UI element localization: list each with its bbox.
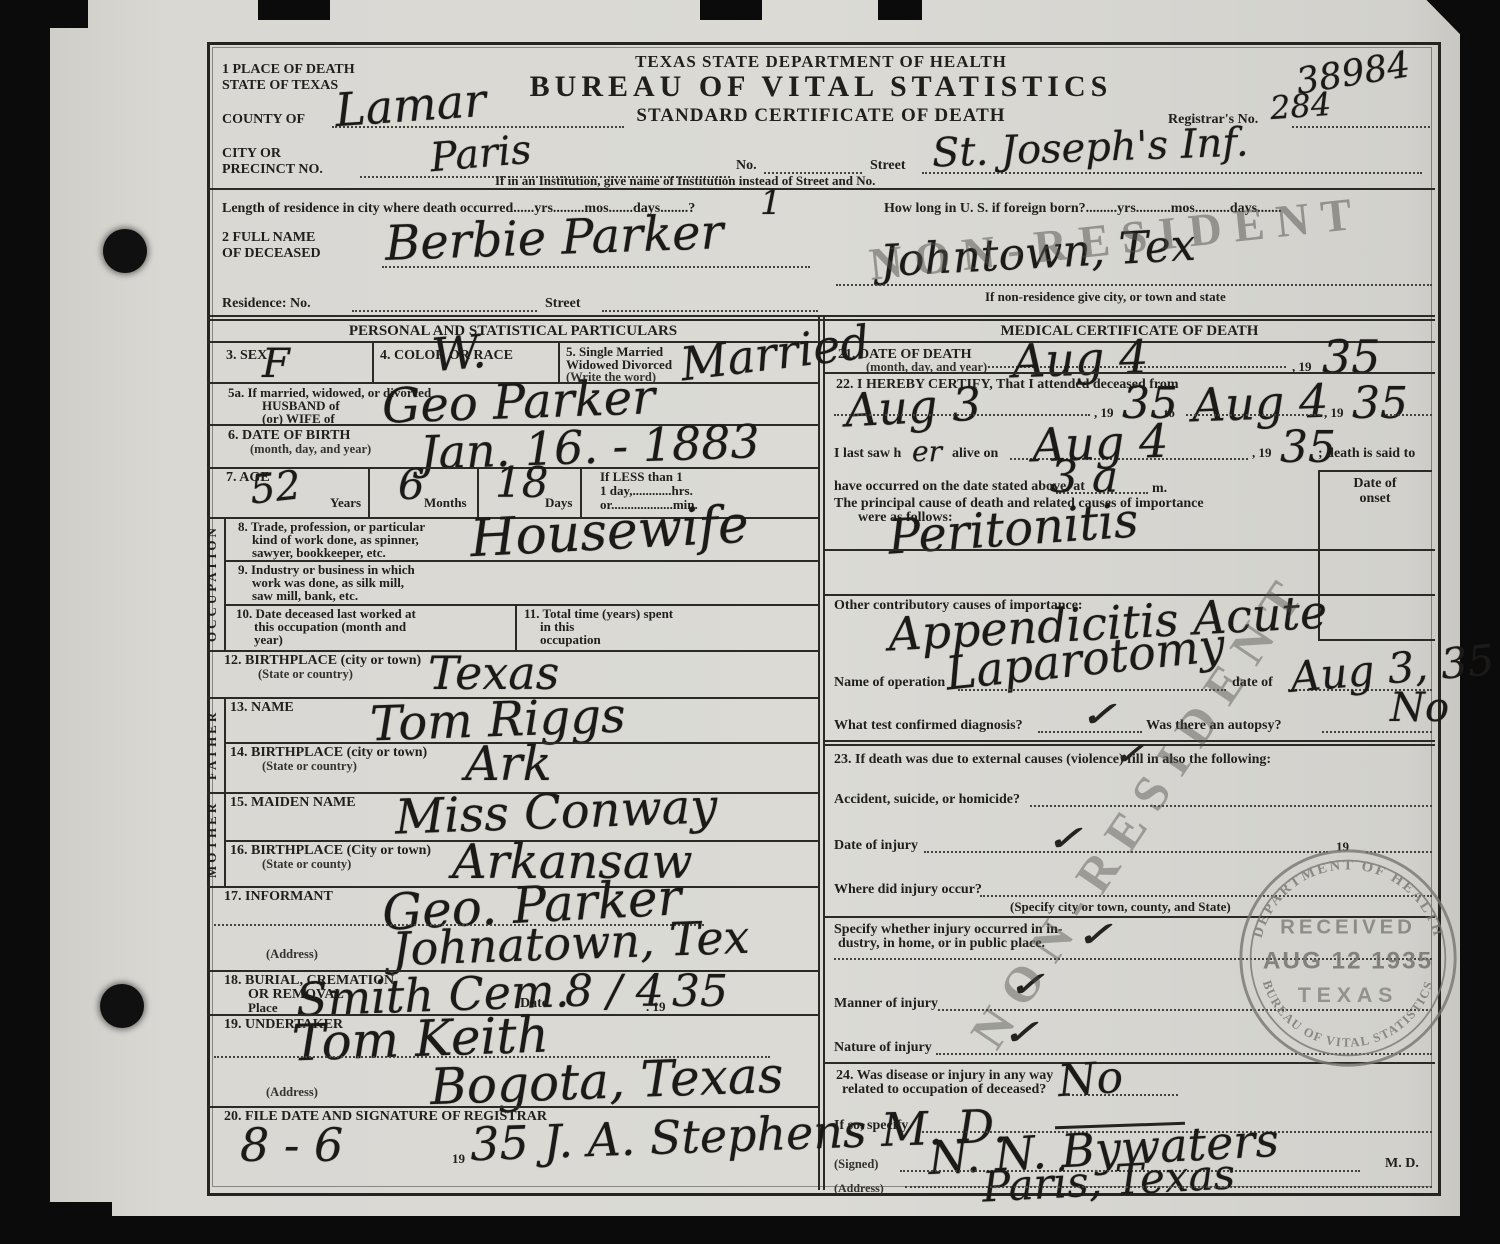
color-race-value: W. — [430, 328, 488, 379]
age-days-value: 18 — [495, 462, 548, 504]
autopsy-leader — [1322, 731, 1432, 733]
rule — [824, 549, 1435, 551]
scanned-death-certificate: TEXAS STATE DEPARTMENT OF HEALTH BUREAU … — [0, 0, 1500, 1244]
if-so-specify-label: If so, specify — [834, 1118, 908, 1133]
sex-value: F — [262, 344, 290, 384]
attended-to-year-prefix: , 19 — [1324, 406, 1344, 420]
full-name-label-line1: 2 FULL NAME — [222, 230, 315, 245]
time-m-label: m. — [1152, 481, 1167, 496]
accident-leader — [1030, 805, 1432, 807]
cell-divider — [515, 604, 517, 650]
mother-box-border — [224, 792, 226, 886]
onset-label-line2: onset — [1318, 491, 1432, 507]
trade-value: Housewife — [469, 499, 750, 566]
occupation-box-border — [224, 517, 226, 650]
age-months-label: Months — [424, 496, 467, 510]
length-mos-value: 1 — [760, 186, 782, 220]
mother-maiden-label: 15. MAIDEN NAME — [230, 795, 356, 810]
injury-date-label: Date of injury — [834, 838, 918, 853]
cell-divider — [368, 467, 370, 517]
registrar-no-leader — [1292, 126, 1430, 128]
attended-to-value: Aug 4 — [1191, 378, 1329, 429]
residence-no-leader — [352, 310, 537, 312]
autopsy-value: No — [1390, 688, 1449, 728]
informant-address-label: (Address) — [266, 948, 318, 962]
age-months-value: 6 — [398, 464, 425, 506]
onset-box-top — [1318, 470, 1432, 472]
scan-edge-right — [1460, 0, 1500, 1244]
scan-mark-top1 — [258, 0, 330, 20]
attended-from-value: Aug 3 — [844, 380, 982, 433]
county-label: COUNTY OF — [222, 112, 305, 127]
full-name-label-line2: OF DECEASED — [222, 246, 321, 261]
burial-year-value: 35 — [672, 970, 728, 1014]
file-year-prefix: 19 — [452, 1152, 465, 1166]
father-sidebar-label: FATHER — [204, 700, 220, 790]
onset-label-line1: Date of — [1318, 476, 1432, 492]
stamp-received-text: RECEIVED — [1280, 916, 1416, 939]
full-name-value: Berbie Parker — [384, 208, 724, 268]
scan-mark-top2 — [700, 0, 762, 20]
punch-hole-top — [103, 229, 147, 273]
occupation-related-label2: related to occupation of deceased? — [842, 1082, 1046, 1097]
city-label-line1: CITY OR — [222, 146, 281, 161]
received-stamp: DEPARTMENT OF HEALTH BUREAU OF VITAL STA… — [1236, 846, 1460, 1070]
trade-label-line3: sawyer, bookkeeper, etc. — [252, 546, 386, 560]
test-confirmed-label: What test confirmed diagnosis? — [834, 718, 1023, 733]
attended-from-leader — [834, 414, 1090, 416]
last-saw-scrawl: er — [912, 438, 942, 466]
undertaker-address-value: Bogota, Texas — [429, 1050, 784, 1112]
scan-mark-topleft — [0, 0, 88, 28]
place-of-death-label: 1 PLACE OF DEATH — [222, 62, 355, 77]
scan-edge-left — [0, 0, 50, 1244]
last-saw-label2: alive on — [952, 446, 998, 461]
address-label: (Address) — [834, 1182, 884, 1195]
registrar-no-handwritten: 284 — [1269, 88, 1332, 124]
burial-year-prefix: . 19 — [646, 1000, 666, 1014]
county-value: Lamar — [334, 77, 488, 133]
nature-label: Nature of injury — [834, 1040, 932, 1055]
residence-street-label: Street — [545, 296, 581, 311]
city-label-line2: PRECINCT NO. — [222, 162, 323, 177]
street-value: St. Joseph's Inf. — [931, 122, 1249, 173]
nonresidence-note: If non-residence give city, or town and … — [985, 290, 1226, 304]
cell-divider — [372, 342, 374, 382]
header-department: TEXAS STATE DEPARTMENT OF HEALTH — [207, 52, 1435, 72]
undertaker-address-label: (Address) — [266, 1086, 318, 1100]
rule — [824, 372, 1435, 374]
date-of-birth-sublabel: (month, day, and year) — [250, 443, 371, 457]
rule — [207, 188, 1435, 190]
column-divider-right — [823, 316, 825, 1190]
informant-address-value: Johnatown, Tex — [391, 914, 750, 972]
residence-street-leader — [602, 310, 818, 312]
street-label: Street — [870, 158, 906, 173]
scan-mark-bottomleft — [50, 1202, 112, 1244]
mother-sidebar-label: MOTHER — [204, 795, 220, 883]
test-leader — [1038, 731, 1142, 733]
industry-label-line3: saw mill, bank, etc. — [252, 589, 358, 603]
age-years-value: 52 — [248, 465, 303, 510]
scan-mark-top3 — [878, 0, 922, 20]
accident-label: Accident, suicide, or homicide? — [834, 792, 1020, 807]
punch-hole-bottom — [100, 984, 144, 1028]
column-divider-left — [818, 316, 820, 1190]
residence-label: Residence: No. — [222, 296, 311, 311]
occurred-at-label: have occurred on the date stated above, … — [834, 479, 1085, 494]
father-birthplace-value: Ark — [465, 740, 552, 788]
file-date-value: 8 - 6 — [240, 1122, 343, 1168]
birthplace-sublabel: (State or country) — [258, 668, 353, 682]
last-worked-label-line3: year) — [254, 633, 283, 647]
father-name-label: 13. NAME — [230, 700, 294, 715]
check-mark-test: ✓ — [1078, 696, 1119, 735]
double-rule-top — [207, 315, 1435, 317]
street-no-label: No. — [736, 158, 757, 173]
scan-edge-bottom — [50, 1216, 1460, 1244]
mother-maiden-value: Miss Conway — [394, 782, 718, 841]
signed-label: (Signed) — [834, 1158, 878, 1172]
age-years-label: Years — [330, 496, 361, 510]
injury-where-label: Where did injury occur? — [834, 882, 982, 897]
stamp-state-text: TEXAS — [1298, 983, 1399, 1007]
birthplace-value: Texas — [428, 650, 559, 696]
manner-label: Manner of injury — [834, 996, 938, 1011]
last-saw-label1: I last saw h — [834, 446, 901, 461]
physician-address-value: Paris, Texas — [981, 1153, 1236, 1208]
operation-label: Name of operation — [834, 675, 945, 690]
father-birthplace-sublabel: (State or country) — [262, 760, 357, 774]
md-label: M. D. — [1385, 1156, 1419, 1171]
address-leader — [905, 1186, 1432, 1188]
institution-note: If in an Institution, give name of Insti… — [495, 174, 875, 188]
attended-to-leader — [1186, 414, 1320, 416]
occupation-related-value: No — [1057, 1056, 1125, 1104]
city-value: Paris — [428, 130, 533, 179]
occupation-sidebar-label: OCCUPATION — [204, 520, 220, 648]
leader — [1386, 414, 1432, 416]
mother-birthplace-sublabel: (State or county) — [262, 858, 351, 872]
informant-label: 17. INFORMANT — [224, 889, 333, 904]
father-box-border — [224, 697, 226, 792]
last-saw-label3: ; death is said to — [1318, 446, 1415, 461]
stamp-date-text: AUG 12 1935 — [1263, 948, 1433, 975]
attended-to-year: 35 — [1352, 382, 1408, 426]
state-of-texas-label: STATE OF TEXAS — [222, 78, 338, 93]
last-saw-year-prefix: , 19 — [1252, 446, 1272, 460]
